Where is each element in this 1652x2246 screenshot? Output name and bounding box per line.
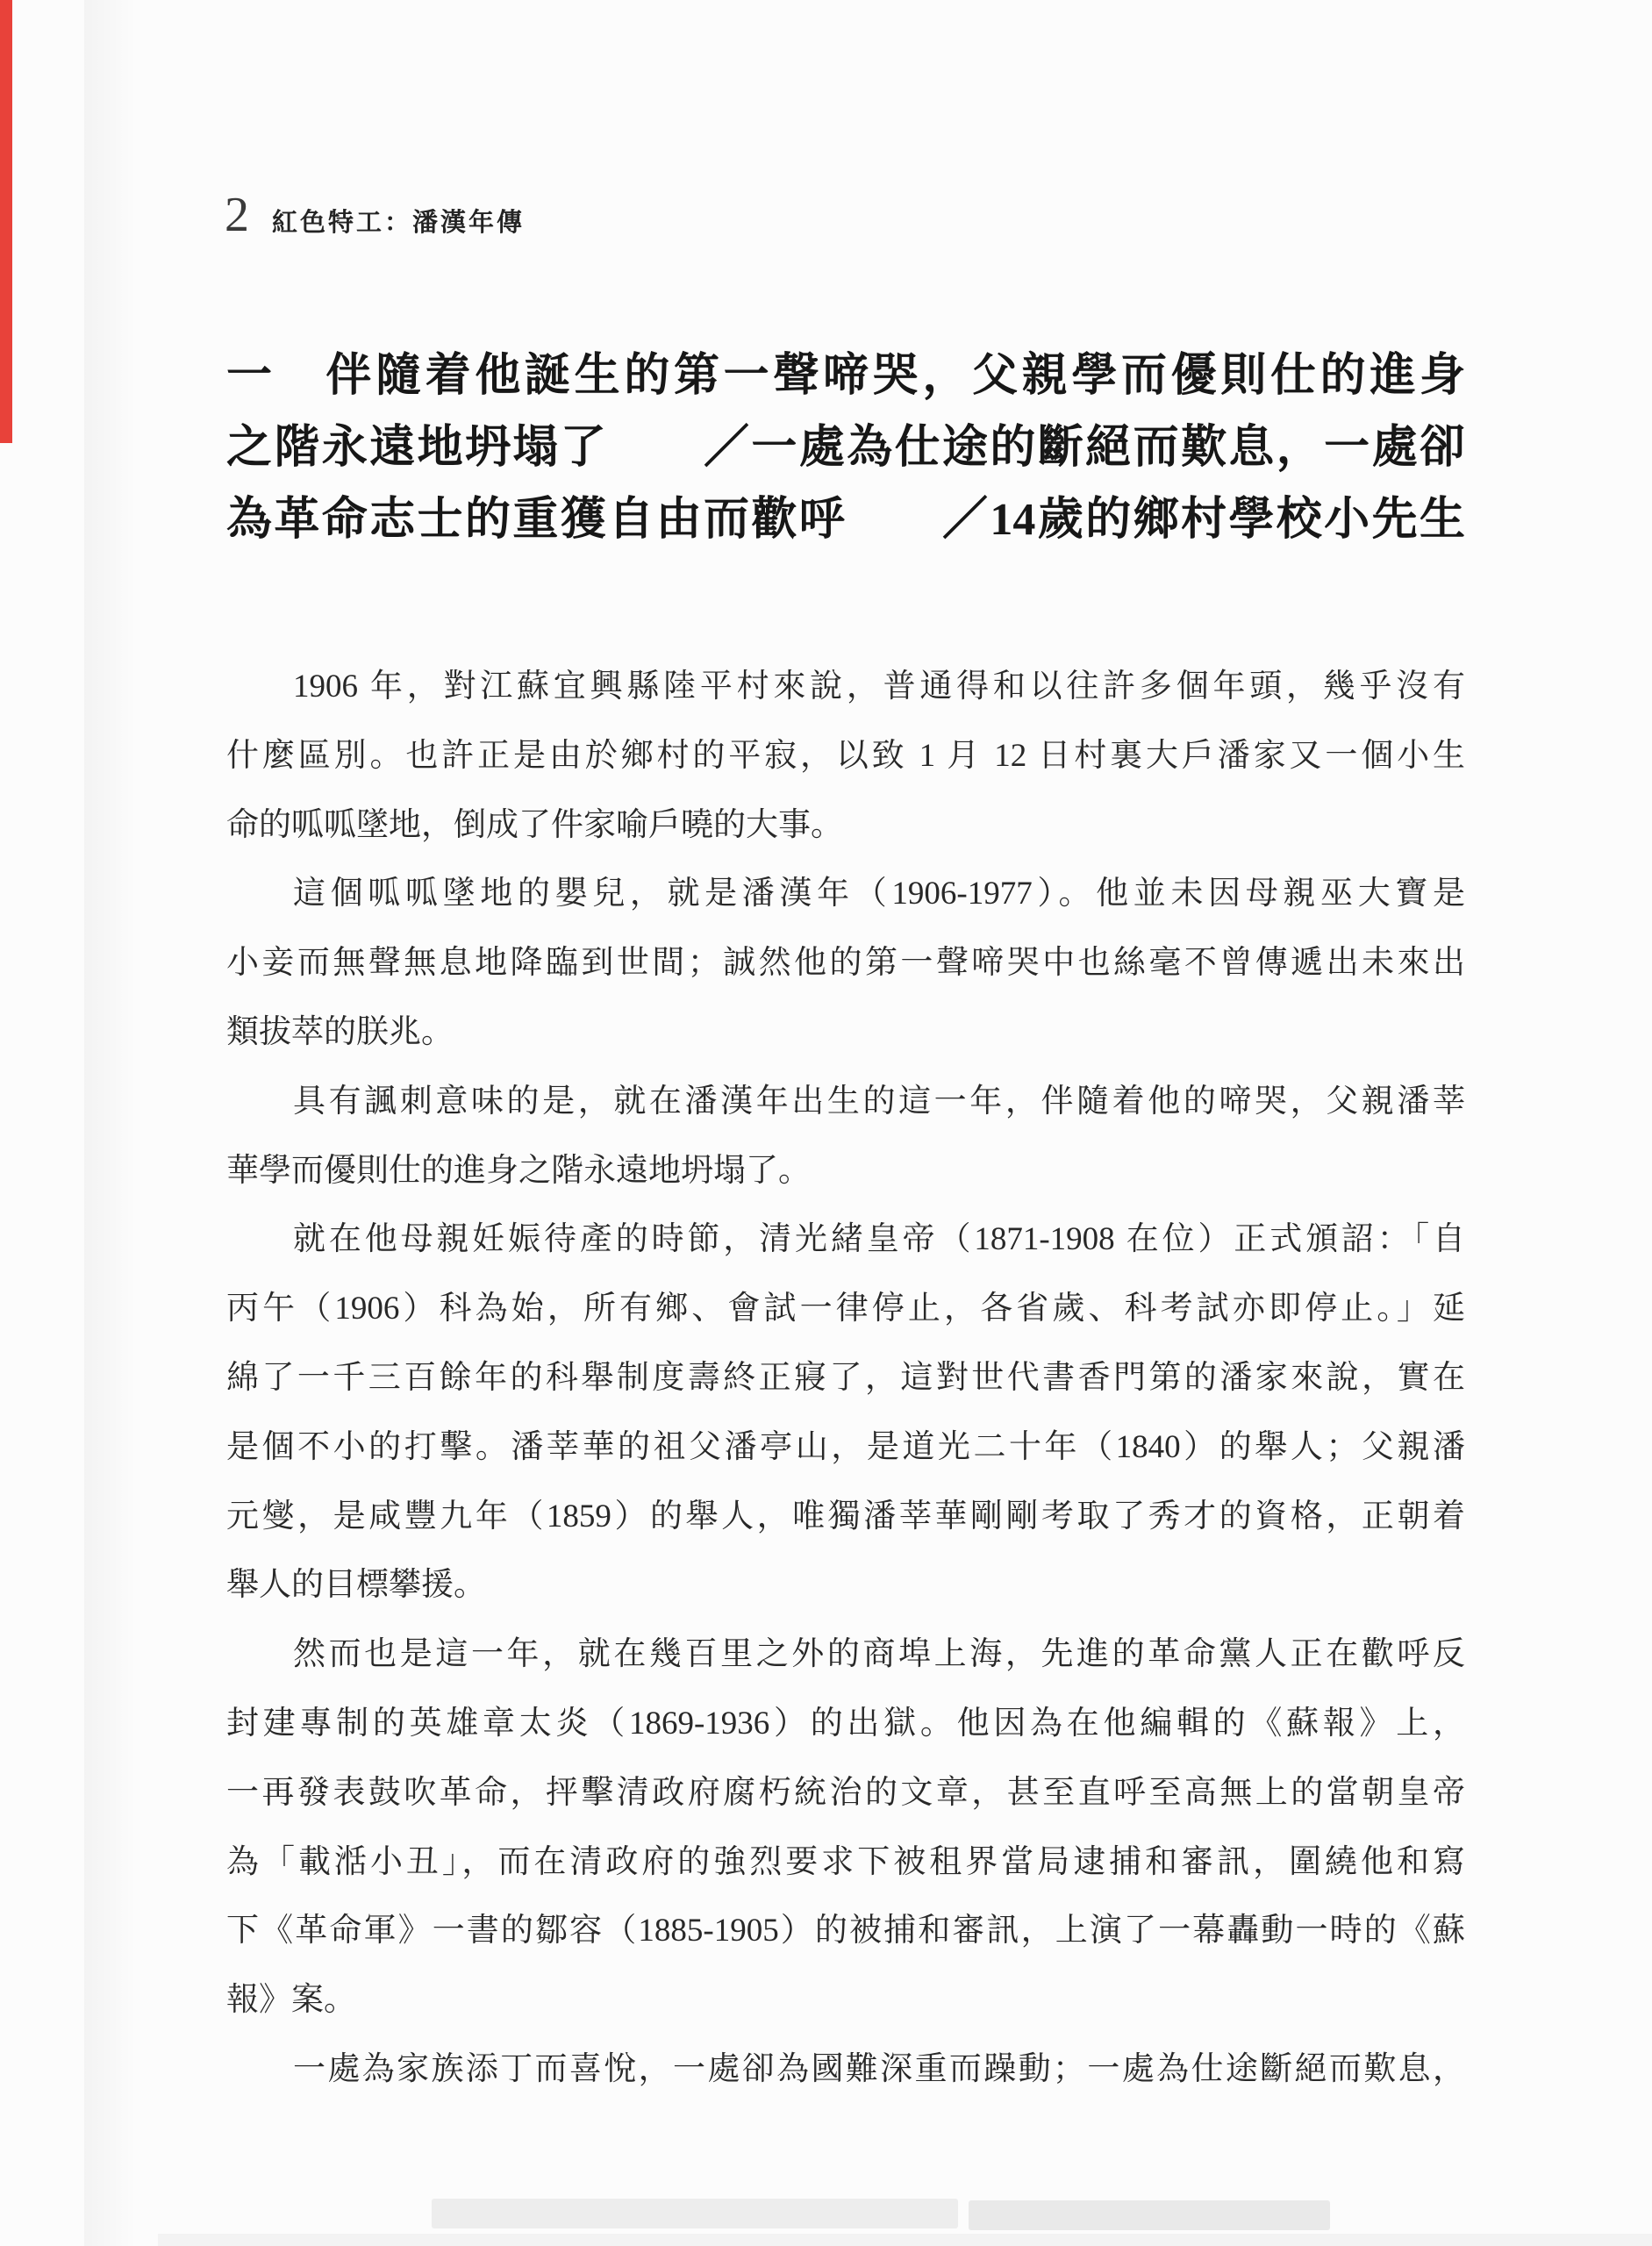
chapter-heading-line: 為革命志士的重獲自由而歡呼 ／14歲的鄉村學校小先生 — [226, 484, 1465, 556]
scan-artifact-bar — [969, 2200, 1330, 2230]
text-line: 報》案。 — [226, 1966, 1465, 2035]
text-line: 就在他母親妊娠待產的時節，清光緒皇帝（1871-1908 在位）正式頒詔：「自 — [226, 1205, 1465, 1275]
text-line: 這個呱呱墜地的嬰兒，就是潘漢年（1906-1977）。他並未因母親巫大寶是 — [226, 860, 1465, 929]
text-line: 什麼區別。也許正是由於鄉村的平寂，以致 1 月 12 日村裏大戶潘家又一個小生 — [226, 722, 1465, 791]
text-line: 元燮，是咸豐九年（1859）的舉人，唯獨潘莘華剛剛考取了秀才的資格，正朝着 — [226, 1483, 1465, 1552]
text-line: 一處為家族添丁而喜悅，一處卻為國難深重而躁動；一處為仕途斷絕而歎息， — [226, 2035, 1465, 2105]
book-title: 紅色特工：潘漢年傳 — [272, 203, 525, 239]
page-header: 2 紅色特工：潘漢年傳 — [225, 184, 525, 246]
scan-gutter-shadow — [84, 0, 137, 2246]
chapter-heading-line: 一 伴隨着他誕生的第一聲啼哭，父親學而優則仕的進身 — [226, 340, 1465, 412]
text-line: 是個不小的打擊。潘莘華的祖父潘亭山，是道光二十年（1840）的舉人；父親潘 — [226, 1413, 1465, 1483]
text-line: 1906 年，對江蘇宜興縣陸平村來說，普通得和以往許多個年頭，幾乎沒有 — [226, 653, 1465, 722]
scan-artifact-bar — [158, 2234, 1652, 2246]
chapter-heading: 一 伴隨着他誕生的第一聲啼哭，父親學而優則仕的進身 之階永遠地坍塌了 ／一處為仕… — [226, 340, 1465, 556]
text-line: 為「載湉小丑」，而在清政府的強烈要求下被租界當局逮捕和審訊，圍繞他和寫 — [226, 1828, 1465, 1898]
text-line: 然而也是這一年，就在幾百里之外的商埠上海，先進的革命黨人正在歡呼反 — [226, 1620, 1465, 1690]
chapter-heading-line: 之階永遠地坍塌了 ／一處為仕途的斷絕而歎息，一處卻 — [226, 412, 1465, 484]
text-line: 封建專制的英雄章太炎（1869-1936）的出獄。他因為在他編輯的《蘇報》上， — [226, 1690, 1465, 1759]
red-scan-edge-artifact — [0, 0, 12, 443]
text-line: 舉人的目標攀援。 — [226, 1551, 1465, 1620]
scan-artifact-bar — [432, 2199, 958, 2228]
text-line: 命的呱呱墜地，倒成了件家喻戶曉的大事。 — [226, 791, 1465, 861]
body-text: 1906 年，對江蘇宜興縣陸平村來說，普通得和以往許多個年頭，幾乎沒有 什麼區別… — [226, 653, 1465, 2105]
text-line: 一再發表鼓吹革命，抨擊清政府腐朽統治的文章，甚至直呼至高無上的當朝皇帝 — [226, 1759, 1465, 1828]
text-line: 綿了一千三百餘年的科舉制度壽終正寢了，這對世代書香門第的潘家來說，實在 — [226, 1344, 1465, 1413]
page-number: 2 — [225, 184, 249, 246]
text-line: 類拔萃的朕兆。 — [226, 998, 1465, 1068]
text-line: 具有諷刺意味的是，就在潘漢年出生的這一年，伴隨着他的啼哭，父親潘莘 — [226, 1068, 1465, 1137]
text-line: 丙午（1906）科為始，所有鄉、會試一律停止，各省歲、科考試亦即停止。」延 — [226, 1275, 1465, 1344]
text-line: 華學而優則仕的進身之階永遠地坍塌了。 — [226, 1137, 1465, 1206]
text-line: 小妾而無聲無息地降臨到世間；誠然他的第一聲啼哭中也絲毫不曾傳遞出未來出 — [226, 929, 1465, 998]
text-line: 下《革命軍》一書的鄒容（1885-1905）的被捕和審訊，上演了一幕轟動一時的《… — [226, 1897, 1465, 1966]
